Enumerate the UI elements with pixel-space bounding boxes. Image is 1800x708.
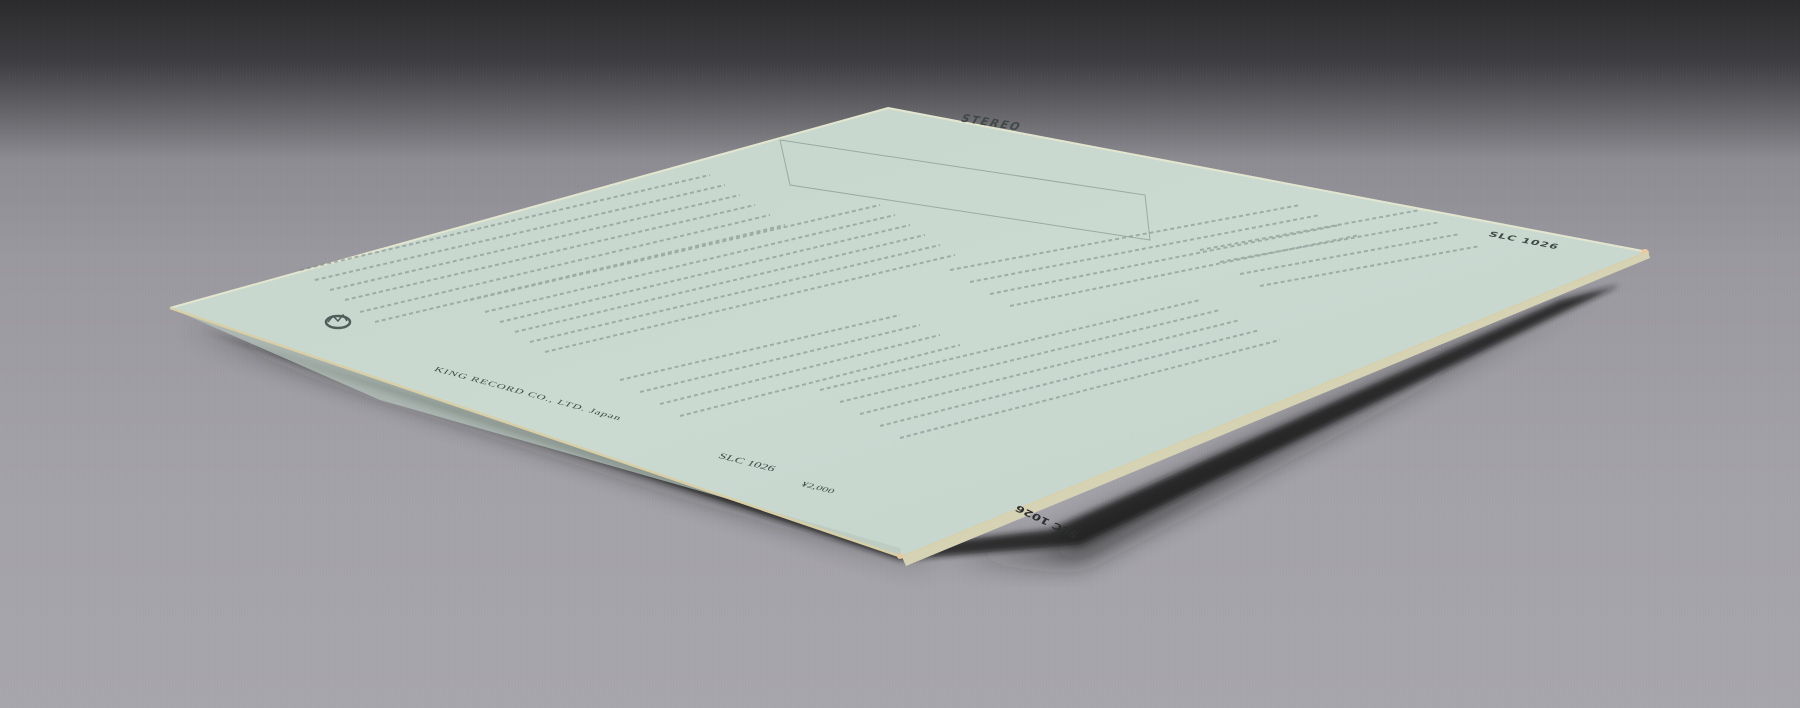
- record-jacket: [170, 108, 1650, 566]
- corner-wear: [897, 553, 903, 559]
- record-jacket-photo: [0, 0, 1800, 708]
